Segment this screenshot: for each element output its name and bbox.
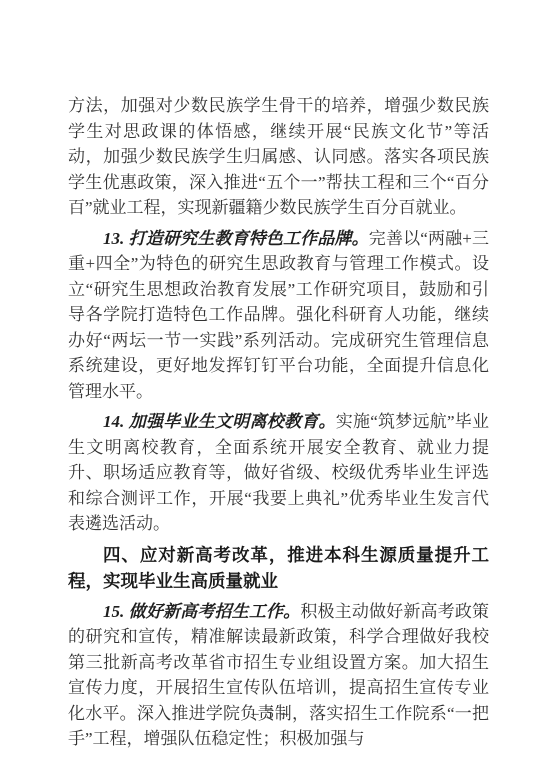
section-heading-4: 四、应对新高考改革，推进本科生源质量提升工程，实现毕业生高质量就业 <box>68 542 489 594</box>
paragraph-continuation: 方法，加强对少数民族学生骨干的培养，增强少数民族学生对思政课的体悟感，继续开展“… <box>68 93 489 221</box>
paragraph-13-text: 完善以“两融+三重+四全”为特色的研究生思政教育与管理工作模式。设立“研究生思想… <box>68 229 489 401</box>
document-page: 方法，加强对少数民族学生骨干的培养，增强少数民族学生对思政课的体悟感，继续开展“… <box>0 0 542 768</box>
paragraph-15-heading: 15. 做好新高考招生工作。 <box>103 602 300 621</box>
document-text-block: 方法，加强对少数民族学生骨干的培养，增强少数民族学生对思政课的体悟感，继续开展“… <box>68 93 489 752</box>
paragraph-14: 14. 加强毕业生文明离校教育。实施“筑梦远航”毕业生文明离校教育，全面系统开展… <box>68 409 489 537</box>
paragraph-13: 13. 打造研究生教育特色工作品牌。完善以“两融+三重+四全”为特色的研究生思政… <box>68 226 489 405</box>
paragraph-15-text: 积极主动做好新高考政策的研究和宣传，精准解读最新政策，科学合理做好我校第三批新高… <box>68 602 489 749</box>
paragraph-continuation-text: 方法，加强对少数民族学生骨干的培养，增强少数民族学生对思政课的体悟感，继续开展“… <box>68 96 489 217</box>
paragraph-15: 15. 做好新高考招生工作。积极主动做好新高考政策的研究和宣传，精准解读最新政策… <box>68 599 489 752</box>
page-number: – 5 – <box>0 706 542 723</box>
paragraph-13-heading: 13. 打造研究生教育特色工作品牌。 <box>103 229 369 248</box>
paragraph-14-heading: 14. 加强毕业生文明离校教育。 <box>103 412 336 431</box>
